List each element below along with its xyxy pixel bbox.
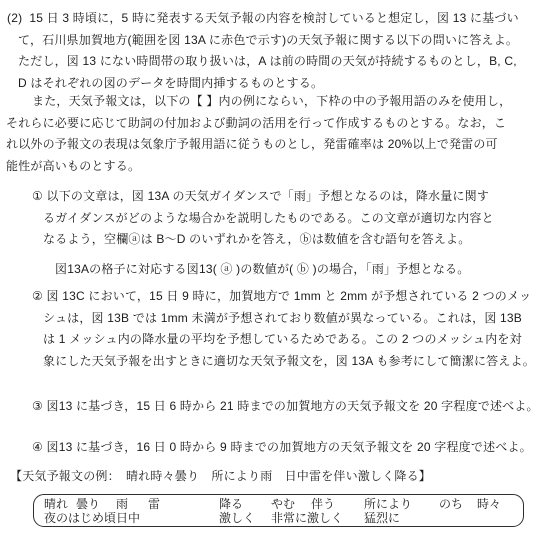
- subquestion-2-text-line: は 1 メッシュ内の降水量の平均を予想しているためである。この 2 つのメッシュ…: [43, 333, 522, 346]
- forecast-term: 所により: [364, 498, 412, 510]
- exam-document-page: (2) 15 日 3 時頃に，5 時に発表する天気予報の内容を検討していると想定…: [0, 0, 536, 536]
- question-2-text-line: 能性が高いものとする。: [6, 160, 140, 173]
- forecast-term: 雷: [148, 498, 160, 510]
- subquestion-2-text-line: ② 図 13C において，15 日 9 時に，加賀地方で 1mm と 2mm が…: [32, 290, 531, 303]
- forecast-term: 猛烈に: [364, 512, 400, 524]
- question-2-text-line: ただし，図 13 にない時間帯の取り扱いは，A は前の時間の天気が持続するものと…: [18, 55, 517, 68]
- question-2-text-line: て，石川県加賀地方(範囲を図 13A に赤色で示す)の天気予報に関する以下の問い…: [18, 34, 518, 47]
- forecast-term: やむ: [271, 498, 295, 510]
- forecast-term: 晴れ: [44, 498, 68, 510]
- forecast-term: 非常に激しく: [271, 512, 343, 524]
- subquestion-4-text: ④ 図13 に基づき，16 日 0 時から 9 時までの加賀地方の天気予報文を …: [32, 441, 532, 454]
- subquestion-3-text: ③ 図13 に基づき，15 日 6 時から 21 時までの加賀地方の天気予報文を…: [32, 400, 536, 413]
- fill-in-statement: 図13Aの格子に対応する図13( ⓐ )の数値が( ⓑ )の場合，「雨」予想とな…: [55, 263, 469, 276]
- question-2-text-line: また，天気予報文は，以下の【 】内の例にならい，下枠の中の予報用語のみを使用し，: [32, 95, 511, 108]
- forecast-term: のち: [439, 498, 463, 510]
- forecast-term: 日中: [116, 512, 140, 524]
- subquestion-1-text-line: なるよう，空欄ⓐは B～D のいずれかを答え，ⓑは数値を含む語句を答えよ。: [43, 233, 470, 246]
- forecast-term: 激しく: [219, 512, 255, 524]
- question-2-text-line: D はそれぞれの図のデータを時間内挿するものとする。: [18, 77, 323, 90]
- forecast-term: 曇り: [76, 498, 100, 510]
- forecast-term: 夜のはじめ頃: [44, 512, 116, 524]
- subquestion-2-text-line: シュは，図 13B では 1mm 未満が予想されており数値が異なっている。これは…: [43, 312, 522, 325]
- question-2-text-line: それらに必要に応じて助詞の付加および動詞の活用を行って作成するものとする。なお，…: [6, 117, 506, 130]
- forecast-term: 伴う: [311, 498, 335, 510]
- forecast-term: 降る: [219, 498, 243, 510]
- forecast-example-heading: 【天気予報文の例： 晴れ時々曇り 所により雨 日中雷を伴い激しく降る】: [10, 470, 431, 483]
- forecast-terms-box: 晴れ 曇り 雨 雷 降る やむ 伴う 所により のち 時々 夜のはじめ頃 日中 …: [33, 494, 524, 527]
- question-2-text-line: (2) 15 日 3 時頃に，5 時に発表する天気予報の内容を検討していると想定…: [7, 12, 519, 25]
- subquestion-2-text-line: 象にした天気予報を出すときに適切な天気予報文を，図 13A も参考にして簡潔に答…: [43, 355, 535, 368]
- question-2-text-line: れ以外の予報文の表現は気象庁予報用語に従うものとし，発雷確率は 20%以上で発雷…: [6, 138, 498, 151]
- forecast-term: 時々: [477, 498, 501, 510]
- subquestion-1-text-line: るガイダンスがどのような場合かを説明したものである。この文章が適切な内容と: [43, 212, 494, 225]
- forecast-term: 雨: [116, 498, 128, 510]
- subquestion-1-text-line: ① 以下の文章は，図 13A の天気ガイダンスで「雨」予想となるのは，降水量に関…: [32, 190, 489, 203]
